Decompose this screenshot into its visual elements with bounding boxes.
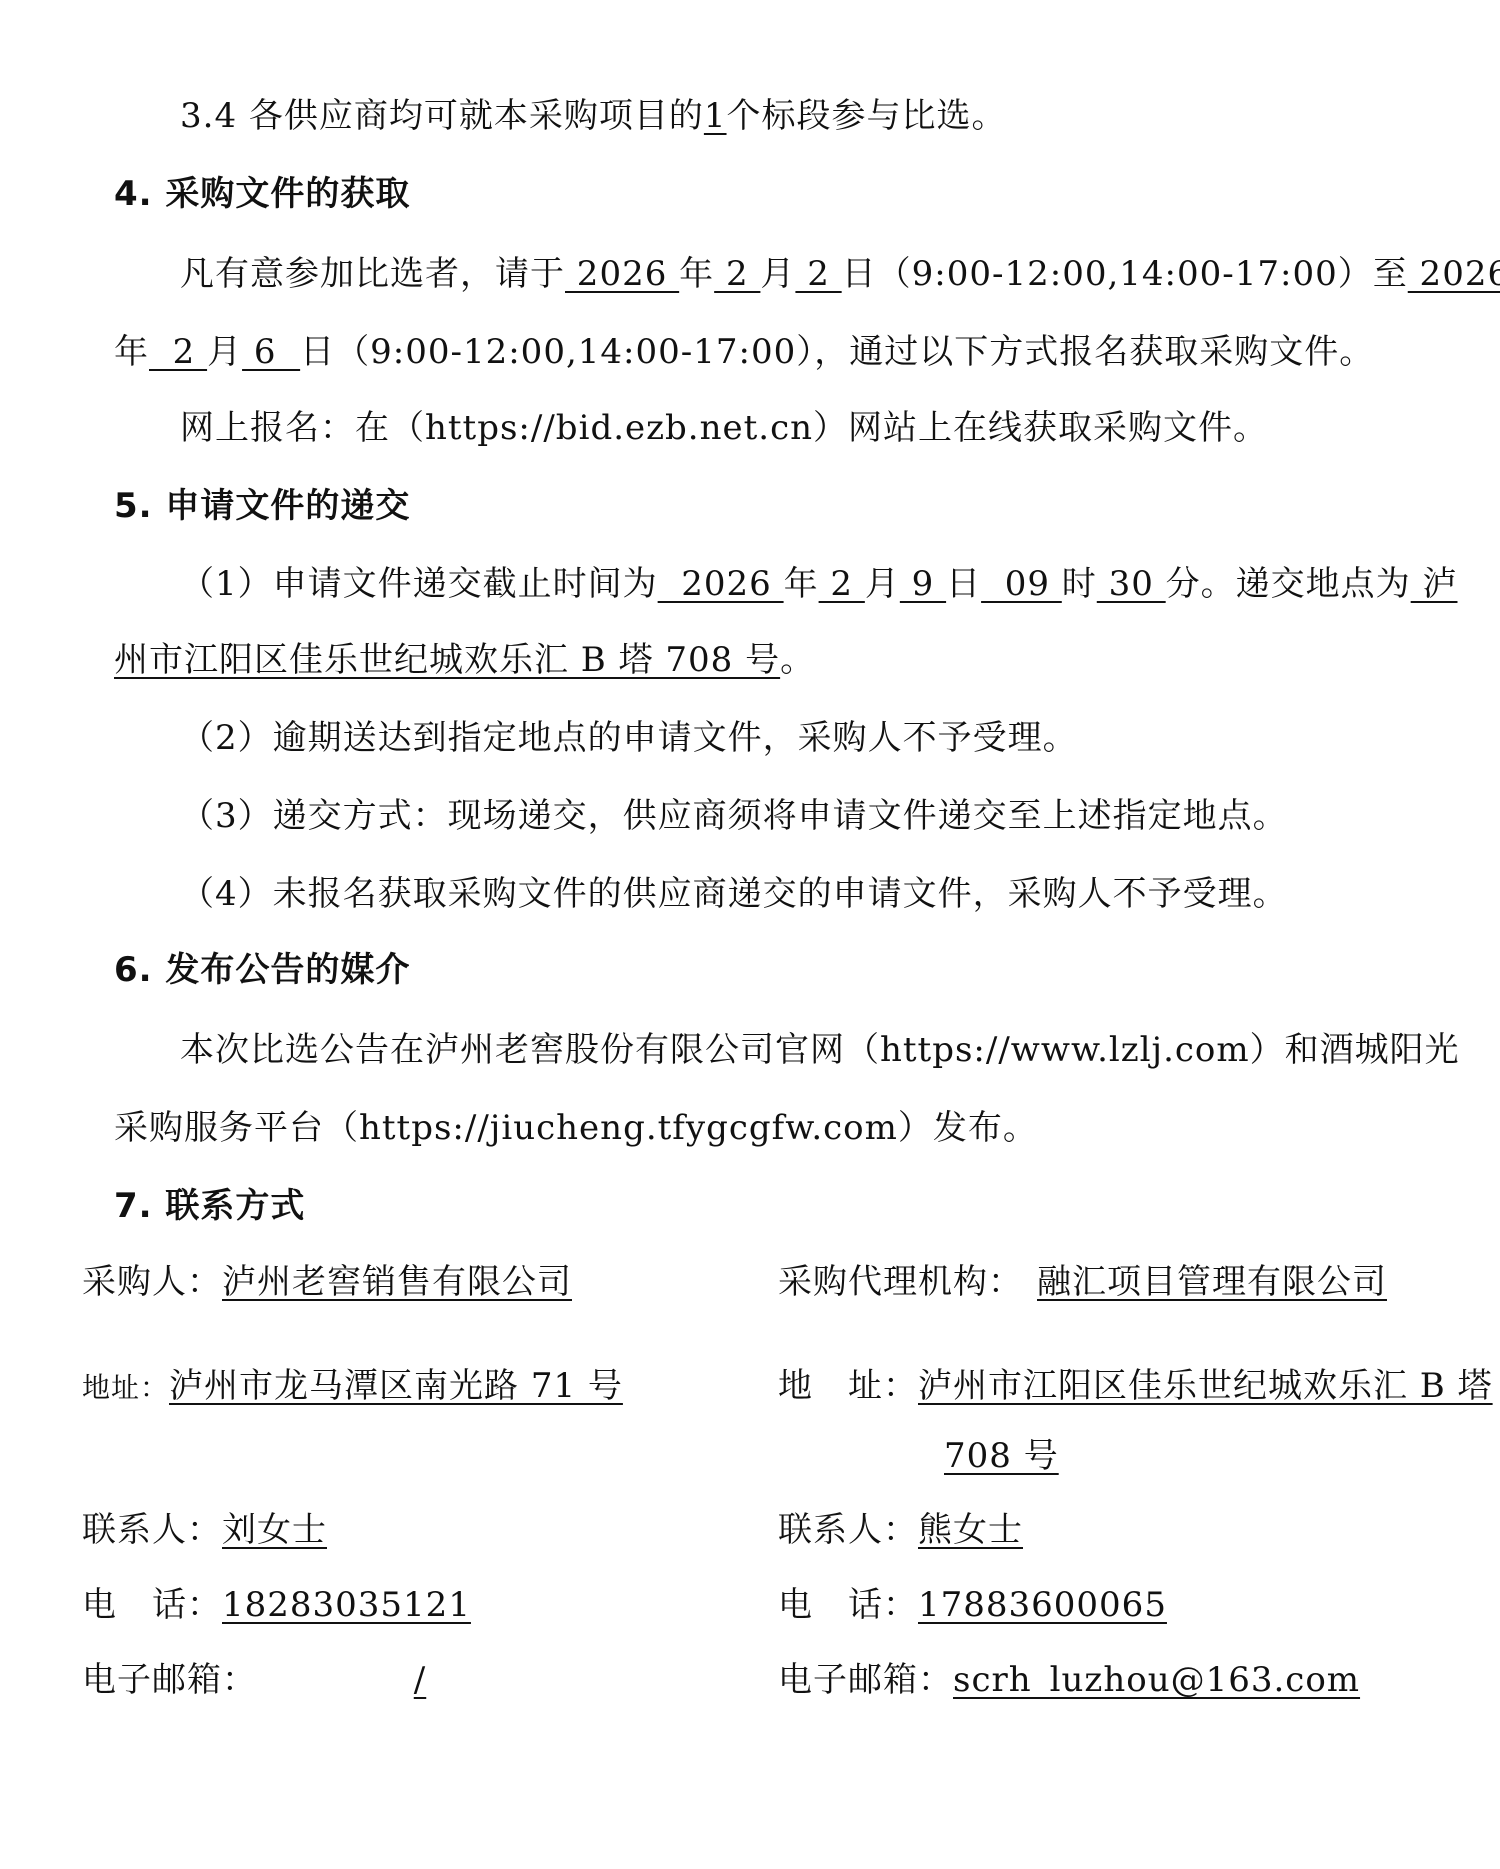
deadline-minute: 30 [1097,564,1166,604]
text: 分。递交地点为 [1166,564,1411,604]
start-month: 2 [714,254,760,294]
purchaser-address-row: 地址：泸州市龙马潭区南光路 71 号 [82,1366,623,1408]
agency-phone-row: 电 话：17883600065 [778,1585,1167,1625]
section-4-heading: 4. 采购文件的获取 [114,174,410,214]
clause-text: 个标段参与比选。 [727,96,1007,136]
label: 联系人： [82,1510,222,1550]
agency-address-row2: 708 号 [944,1436,1086,1476]
acquisition-period-line1: 凡有意参加比选者，请于 2026 年 2 月 2 日（9:00-12:00,14… [180,254,1500,294]
end-day: 6 [242,332,300,372]
purchaser-address: 泸州市龙马潭区南光路 71 号 [169,1366,623,1406]
agency-phone: 17883600065 [918,1585,1167,1625]
submission-location: 州市江阳区佳乐世纪城欢乐汇 B 塔 708 号 [114,640,780,680]
text: （1）申请文件递交截止时间为 [180,564,658,604]
agency-row: 采购代理机构：融汇项目管理有限公司 [778,1262,1387,1302]
agency-name: 融汇项目管理有限公司 [1023,1262,1387,1302]
purchaser-name: 泸州老窖销售有限公司 [222,1262,592,1302]
text: 日 [946,564,981,604]
section-5-heading: 5. 申请文件的递交 [114,486,410,526]
deadline-hour: 09 [981,564,1062,604]
label: 电子邮箱： [82,1660,257,1700]
online-registration: 网上报名：在（https://bid.ezb.net.cn）网站上在线获取采购文… [180,408,1268,448]
clause-text: 3.4 各供应商均可就本采购项目的 [180,96,704,136]
end-month: 2 [149,332,207,372]
text: 时 [1062,564,1097,604]
deadline-year: 2026 [658,564,784,604]
label: 电 话： [778,1585,918,1625]
label: 采购代理机构： [778,1262,1023,1302]
clause-5-3: （3）递交方式：现场递交，供应商须将申请文件递交至上述指定地点。 [180,796,1288,836]
clause-5-2: （2）逾期送达到指定地点的申请文件，采购人不予受理。 [180,718,1078,758]
deadline-line2: 州市江阳区佳乐世纪城欢乐汇 B 塔 708 号。 [114,640,815,680]
purchaser-email-row: 电子邮箱：/ [82,1660,555,1700]
clause-3-4: 3.4 各供应商均可就本采购项目的1个标段参与比选。 [180,96,1007,136]
purchaser-contact-row: 联系人：刘女士 [82,1510,407,1550]
text: 凡有意参加比选者，请于 [180,254,565,294]
start-day: 2 [795,254,841,294]
agency-address: 泸州市江阳区佳乐世纪城欢乐汇 B 塔 [918,1366,1493,1406]
acquisition-period-line2: 年 2 月 6 日（9:00-12:00,14:00-17:00），通过以下方式… [114,332,1374,372]
agency-email: scrh_luzhou@163.com [953,1660,1338,1700]
text: 日（9:00-12:00,14:00-17:00），通过以下方式报名获取采购文件… [300,332,1374,372]
deadline-month: 2 [819,564,865,604]
media-line1: 本次比选公告在泸州老窖股份有限公司官网（https://www.lzlj.com… [180,1030,1460,1070]
purchaser-phone: 18283035121 [222,1585,440,1625]
label: 电 话： [82,1585,222,1625]
agency-contact-row: 联系人：熊女士 [778,1510,1068,1550]
label: 采购人： [82,1262,222,1302]
lot-count: 1 [704,96,727,136]
deadline-day: 9 [900,564,946,604]
purchaser-phone-row: 电 话：18283035121 [82,1585,440,1625]
text: 月 [207,332,242,372]
label: 地 址： [778,1366,918,1406]
text: 年 [784,564,819,604]
text: 日（9:00-12:00,14:00-17:00）至 [842,254,1408,294]
text: 年 [114,332,149,372]
text: 。 [780,640,815,680]
label: 地址： [82,1371,169,1404]
section-6-heading: 6. 发布公告的媒介 [114,950,410,990]
agency-address-cont: 708 号 [944,1436,1086,1476]
end-year: 2026 [1408,254,1500,294]
section-7-heading: 7. 联系方式 [114,1186,305,1226]
media-line2: 采购服务平台（https://jiucheng.tfygcgfw.com）发布。 [114,1108,1038,1148]
label: 电子邮箱： [778,1660,953,1700]
purchaser-row: 采购人：泸州老窖销售有限公司 [82,1262,592,1302]
location-start: 泸 [1411,564,1458,604]
text: 月 [760,254,795,294]
agency-contact: 熊女士 [918,1510,1068,1550]
deadline-line1: （1）申请文件递交截止时间为 2026 年 2 月 9 日 09 时 30 分。… [180,564,1457,604]
agency-address-row: 地 址：泸州市江阳区佳乐世纪城欢乐汇 B 塔 [778,1366,1493,1406]
agency-email-row: 电子邮箱：scrh_luzhou@163.com [778,1660,1338,1700]
label: 联系人： [778,1510,918,1550]
start-year: 2026 [565,254,679,294]
clause-5-4: （4）未报名获取采购文件的供应商递交的申请文件，采购人不予受理。 [180,874,1288,914]
purchaser-email: / [285,1660,555,1700]
purchaser-contact: 刘女士 [222,1510,407,1550]
text: 月 [865,564,900,604]
text: 年 [679,254,714,294]
